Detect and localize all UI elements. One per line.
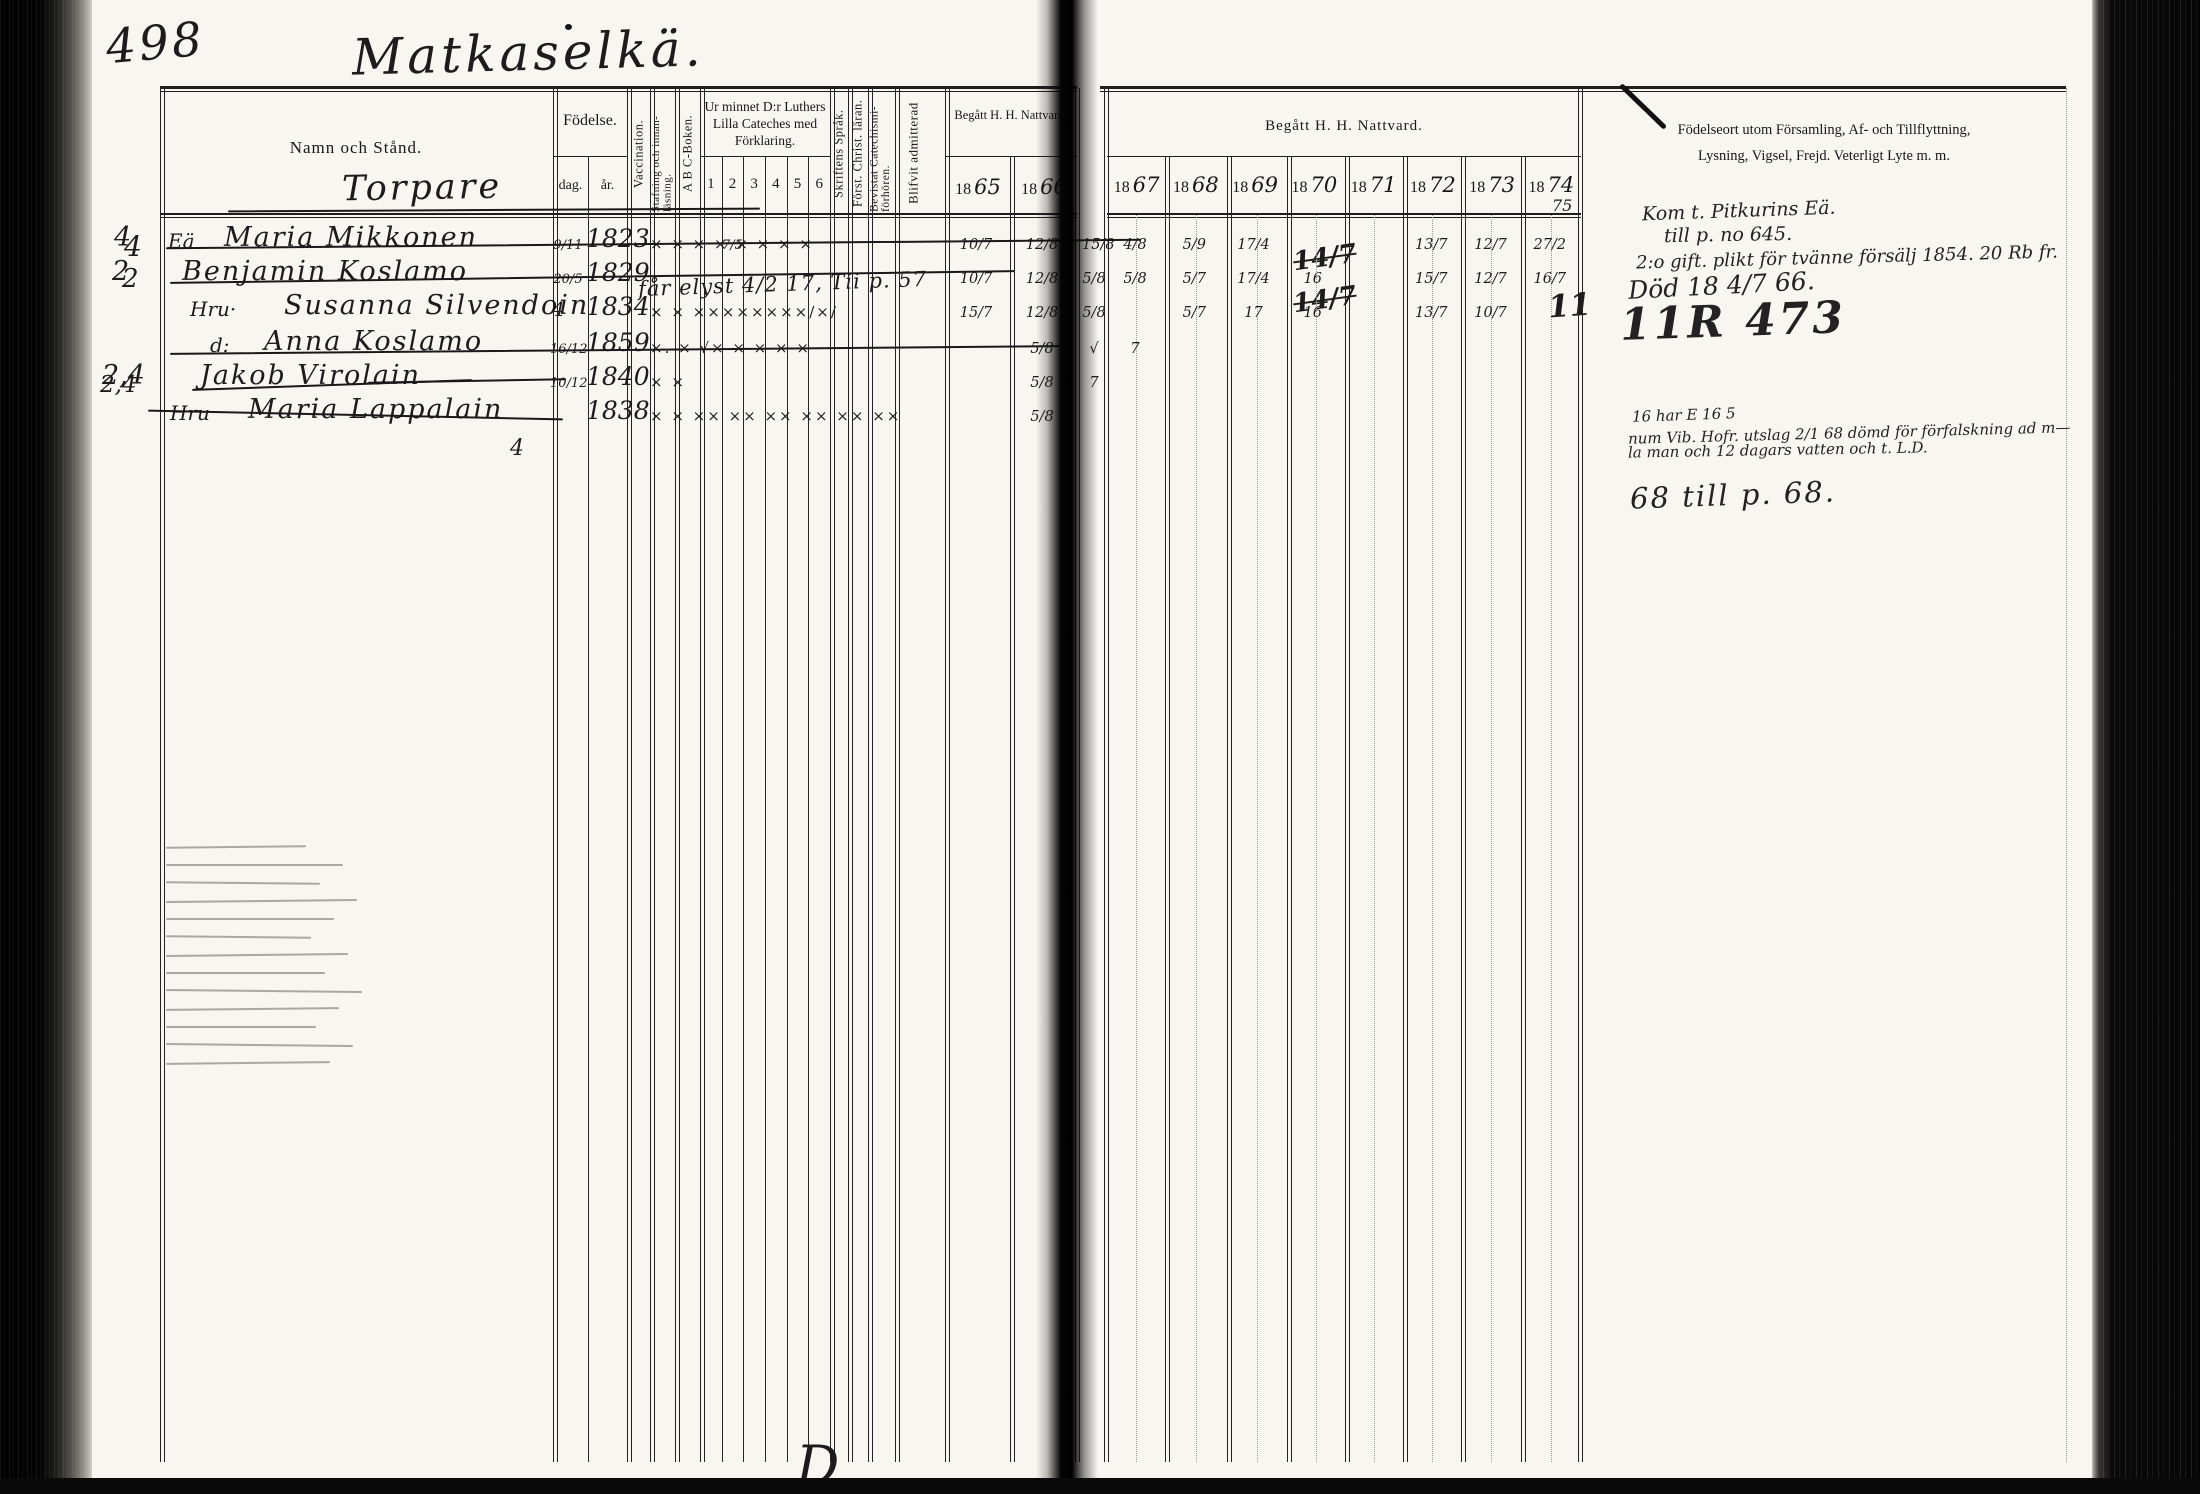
communion-year-entry: 17: [1226, 305, 1282, 321]
nattvard-year-label: 1872: [1403, 173, 1462, 197]
year-prefix-printed: 18: [955, 181, 971, 198]
ditto-line: [166, 918, 334, 920]
scan-edge-bottom: [0, 1478, 2200, 1494]
catechism-column-number: 5: [787, 176, 809, 193]
communion-1866: 5/8: [1010, 375, 1074, 391]
communion-year-entry: 16: [1285, 271, 1341, 287]
row-name: Maria Lappalain: [248, 394, 503, 425]
nattvard-year-label: 1868: [1166, 173, 1225, 197]
nattvard-year-label: 1873: [1463, 173, 1522, 197]
communion-1866: 12/8: [1010, 305, 1074, 321]
year-prefix-printed: 18: [1292, 179, 1308, 196]
year-handwritten-digits: 67: [1133, 173, 1160, 197]
nattvard-year-label: 1870: [1285, 173, 1344, 197]
column-header-nattvard-left: Begått H. H. Nattvard.: [945, 108, 1077, 123]
margin-annotation: 4: [124, 230, 142, 263]
ditto-line: [166, 881, 320, 885]
ditto-line: [166, 1026, 316, 1028]
year-prefix-printed: 18: [1410, 179, 1426, 196]
note-bottom: 68 till p. 68.: [1629, 474, 1836, 515]
communion-year-entry: 7: [1107, 341, 1163, 357]
communion-year-entry: 17/4: [1226, 237, 1282, 253]
printed-rule-horizontal: [1100, 86, 2066, 89]
ditto-line: [166, 935, 311, 939]
printed-rule-horizontal: [1107, 213, 1581, 215]
communion-year-entry: 12/7: [1463, 237, 1519, 253]
scan-edge-right: [2092, 0, 2200, 1494]
ditto-line: [166, 899, 357, 903]
communion-year-entry: 16: [1285, 305, 1341, 321]
printed-rule-horizontal: [1100, 91, 2066, 92]
nattvard-year-label: 1865: [945, 175, 1011, 199]
year-handwritten-digits: 65: [974, 175, 1001, 199]
table-row: d:Anna Koslamo16/121859×. × √× × × × ×5/…: [160, 323, 2160, 359]
catechism-column-number: 6: [808, 176, 830, 193]
ditto-line: [166, 1007, 339, 1011]
communion-1866: 5/8: [1010, 409, 1074, 425]
stray-ink-mark: 4: [510, 436, 524, 461]
communion-year-entry: 5/9: [1166, 237, 1222, 253]
year-handwritten-digits: 72: [1429, 173, 1456, 197]
nattvard-year-label: 1867: [1107, 173, 1166, 197]
table-row: 2,4Jakob Virolain10/121840× ×5/87: [160, 357, 2160, 393]
communion-year-entry: 5/7: [1166, 305, 1222, 321]
nattvard-year-label: 1866: [1011, 175, 1077, 199]
birth-year: 1859: [586, 328, 650, 357]
reading-marks: × ×: [650, 373, 686, 391]
year-handwritten-digits: 71: [1370, 173, 1397, 197]
reading-marks: × × ×× ×× ×× ×× ×× ××: [650, 407, 901, 425]
scan-edge-left: [0, 0, 92, 1494]
nattvard-year-label: 1871: [1344, 173, 1403, 197]
communion-carry: √: [1082, 341, 1106, 357]
birth-day: 20/5: [550, 272, 586, 287]
catechism-column-number: 3: [743, 176, 765, 193]
note-block-3: la man och 12 dagars vatten och t. L.D.: [1628, 438, 1928, 461]
year-handwritten-digits: 70: [1311, 173, 1338, 197]
row-name-prefix: Eä: [168, 229, 195, 253]
communion-carry: 5/8: [1082, 271, 1106, 287]
communion-year-entry: 15/7: [1403, 271, 1459, 287]
communion-year-entry: 5/7: [1166, 271, 1222, 287]
communion-1866: 12/8: [1010, 271, 1074, 287]
communion-year-entry: 13/7: [1403, 237, 1459, 253]
table-row: 2Benjamin Koslamo20/5182910/712/85/85/85…: [160, 253, 2160, 289]
communion-carry: 7: [1082, 375, 1106, 391]
page-number: 498: [104, 12, 207, 75]
year-prefix-printed: 18: [1114, 179, 1130, 196]
communion-1865: 15/7: [945, 305, 1007, 321]
printed-rule-horizontal: [553, 156, 627, 157]
nattvard-years-right: 18671868186918701871187218731874: [1107, 173, 1581, 197]
year-prefix-printed: 18: [1469, 179, 1485, 196]
catechism-column-number: 4: [765, 176, 787, 193]
year-prefix-printed: 18: [1232, 179, 1248, 196]
row-name-prefix: Hru: [170, 401, 210, 425]
year-prefix-printed: 18: [1021, 181, 1037, 198]
row-name: Susanna Silvendoin: [284, 290, 589, 321]
row-name-suffix: 4: [552, 297, 565, 321]
birth-year: 1838: [586, 396, 650, 425]
printed-rule-horizontal: [1107, 156, 1581, 157]
row-name-prefix: Hru·: [190, 297, 236, 321]
year-handwritten-digits: 66: [1040, 175, 1067, 199]
parish-title: Matkaselkä.: [351, 19, 705, 86]
ditto-line: [166, 1043, 353, 1047]
column-header-abc: A B C-Boken.: [678, 95, 698, 212]
communion-year-entry: 27/2: [1522, 237, 1578, 253]
column-header-urminnet: Ur minnet D:r Luthers Lilla Cateches med…: [701, 98, 829, 149]
column-header-dag: dag.: [553, 178, 588, 194]
communion-year-entry: 13/7: [1403, 305, 1459, 321]
margin-annotation: 2,4: [100, 372, 137, 398]
column-header-namn: Namn och Stånd.: [170, 138, 542, 158]
communion-year-entry: 5/8: [1107, 271, 1163, 287]
column-header-nattvard-right: Begått H. H. Nattvard.: [1107, 118, 1581, 135]
year-handwritten-digits: 73: [1488, 173, 1515, 197]
column-header-fodelse: Födelse.: [553, 112, 627, 130]
year-handwritten-digits: 68: [1192, 173, 1219, 197]
communion-year-entry: 10/7: [1463, 305, 1519, 321]
table-row: 4EäMaria Mikkonen9/111823× × × × × × × ×…: [160, 219, 2160, 255]
ditto-line: [166, 972, 325, 974]
communion-year-entry: 16/7: [1522, 271, 1578, 287]
reading-marks: × × ××××××××/×/: [650, 303, 838, 321]
communion-year-entry: 17/4: [1226, 271, 1282, 287]
column-header-blifvit-admitterad: Blifvit admitterad: [900, 95, 926, 212]
nattvard-year-label: 1869: [1226, 173, 1285, 197]
communion-1866: 5/8: [1010, 341, 1074, 357]
ditto-line: [166, 1061, 330, 1065]
printed-rule-horizontal: [160, 91, 1077, 92]
birth-year: 1829: [586, 258, 650, 287]
printed-rule-horizontal: [160, 213, 1077, 215]
year-prefix-printed: 18: [1173, 179, 1189, 196]
scanned-register-page: 498 Matkaselkä. Torpare Namn och Stånd. …: [0, 0, 2200, 1494]
nattvard-year-label: 1874: [1522, 173, 1581, 197]
year-prefix-printed: 18: [1351, 179, 1367, 196]
table-row: HruMaria Lappalain1838× × ×× ×× ×× ×× ××…: [160, 391, 2160, 427]
communion-carry: 5/8: [1082, 305, 1106, 321]
catechism-column-number: 2: [722, 176, 744, 193]
year-handwritten-digits: 74: [1548, 173, 1575, 197]
printed-rule-horizontal: [160, 86, 1077, 89]
printed-rule-horizontal: [1107, 217, 1581, 218]
column-header-ar: år.: [588, 178, 627, 194]
column-header-vaccination: Vaccination.: [630, 95, 648, 212]
ditto-line: [166, 845, 306, 848]
margin-annotation: 2: [122, 264, 139, 294]
year-handwritten-digits: 69: [1251, 173, 1278, 197]
ditto-line: [166, 953, 348, 957]
notes-column-header-line2: Lysning, Vigsel, Frejd. Veterligt Lyte m…: [1590, 148, 2058, 165]
ditto-line: [166, 864, 343, 866]
table-row: Hru·Susanna Silvendoin41834× × ××××××××/…: [160, 287, 2160, 323]
ditto-line: [166, 989, 362, 993]
section-heading: Torpare: [342, 167, 503, 210]
birth-year: 1840: [586, 362, 650, 391]
birth-year: 1834: [586, 292, 650, 321]
communion-1865: 10/7: [945, 271, 1007, 287]
printed-rule-horizontal: [160, 217, 1077, 218]
communion-year-entry: 12/7: [1463, 271, 1519, 287]
year-prefix-printed: 18: [1529, 179, 1545, 196]
birth-year: 1823: [586, 224, 650, 253]
